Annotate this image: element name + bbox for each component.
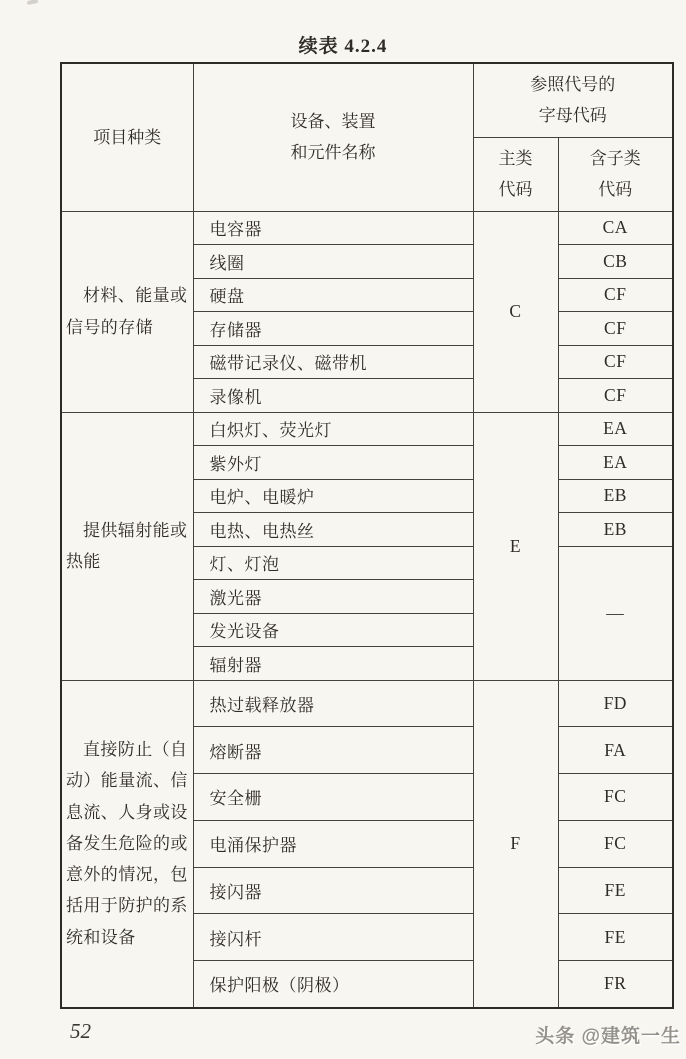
sub-code-cell: EA — [558, 412, 673, 446]
device-name-cell: 电炉、电暖炉 — [193, 479, 473, 513]
category-cell: 直接防止（自动）能量流、信息流、人身或设备发生危险的或意外的情况，包括用于防护的… — [61, 680, 193, 1008]
sub-code-cell: CF — [558, 312, 673, 346]
category-cell: 提供辐射能或热能 — [61, 412, 193, 680]
device-name-cell: 紫外灯 — [193, 446, 473, 480]
header-reference-line2: 字母代码 — [474, 100, 673, 131]
page-title: 续表 4.2.4 — [0, 31, 686, 58]
device-name-cell: 电涌保护器 — [193, 820, 473, 867]
reference-code-table: 项目种类 设备、装置 和元件名称 参照代号的 字母代码 主类 代码 含子类 代码 — [60, 62, 674, 1009]
device-name-cell: 熔断器 — [193, 727, 473, 774]
header-main-line1: 主类 — [474, 143, 558, 174]
header-device-line1: 设备、装置 — [194, 106, 473, 137]
scan-artifact — [27, 0, 39, 5]
main-code-cell: E — [473, 412, 558, 680]
header-row-top: 项目种类 设备、装置 和元件名称 参照代号的 字母代码 — [61, 63, 673, 137]
device-name-cell: 白炽灯、荧光灯 — [193, 412, 473, 446]
category-text: 直接防止（自动）能量流、信息流、人身或设备发生危险的或意外的情况，包括用于防护的… — [66, 734, 189, 953]
table-row: 提供辐射能或热能 白炽灯、荧光灯 E EA — [61, 412, 673, 446]
sub-code-cell: CB — [558, 245, 673, 279]
device-name-cell: 安全栅 — [193, 774, 473, 821]
sub-code-cell: EB — [558, 513, 673, 547]
header-sub-line2: 代码 — [559, 174, 673, 205]
sub-code-cell: FA — [558, 727, 673, 774]
device-name-cell: 接闪杆 — [193, 914, 473, 961]
category-text: 提供辐射能或热能 — [66, 515, 189, 578]
main-code-cell: F — [473, 680, 558, 1008]
header-category: 项目种类 — [61, 63, 193, 211]
device-name-cell: 电热、电热丝 — [193, 513, 473, 547]
category-text: 材料、能量或信号的存储 — [66, 280, 189, 343]
category-cell: 材料、能量或信号的存储 — [61, 211, 193, 412]
watermark-text: 头条 @建筑一生 — [535, 1021, 681, 1048]
header-reference-code: 参照代号的 字母代码 — [473, 63, 673, 137]
sub-code-cell: FC — [558, 820, 673, 867]
header-device-line2: 和元件名称 — [194, 137, 473, 168]
sub-code-cell: CF — [558, 345, 673, 379]
table-row: 直接防止（自动）能量流、信息流、人身或设备发生危险的或意外的情况，包括用于防护的… — [61, 680, 673, 727]
header-reference-line1: 参照代号的 — [474, 69, 673, 100]
device-name-cell: 磁带记录仪、磁带机 — [193, 345, 473, 379]
header-device-name: 设备、装置 和元件名称 — [193, 63, 473, 211]
sub-code-cell: — — [558, 546, 673, 680]
device-name-cell: 电容器 — [193, 211, 473, 245]
header-sub-code: 含子类 代码 — [558, 137, 673, 211]
sub-code-cell: EA — [558, 446, 673, 480]
device-name-cell: 线圈 — [193, 245, 473, 279]
sub-code-cell: CF — [558, 278, 673, 312]
device-name-cell: 存储器 — [193, 312, 473, 346]
header-sub-line1: 含子类 — [559, 143, 673, 174]
device-name-cell: 硬盘 — [193, 278, 473, 312]
device-name-cell: 灯、灯泡 — [193, 546, 473, 580]
sub-code-cell: CA — [558, 211, 673, 245]
header-main-code: 主类 代码 — [473, 137, 558, 211]
main-code-cell: C — [473, 211, 558, 412]
device-name-cell: 辐射器 — [193, 647, 473, 681]
sub-code-cell: FD — [558, 680, 673, 727]
table-row: 材料、能量或信号的存储 电容器 C CA — [61, 211, 673, 245]
sub-code-cell: FE — [558, 867, 673, 914]
sub-code-cell: FR — [558, 961, 673, 1008]
header-main-line2: 代码 — [474, 174, 558, 205]
device-name-cell: 接闪器 — [193, 867, 473, 914]
device-name-cell: 热过载释放器 — [193, 680, 473, 727]
device-name-cell: 激光器 — [193, 580, 473, 614]
device-name-cell: 保护阳极（阴极） — [193, 961, 473, 1008]
sub-code-cell: CF — [558, 379, 673, 413]
page-number: 52 — [70, 1019, 91, 1044]
sub-code-cell: EB — [558, 479, 673, 513]
sub-code-cell: FE — [558, 914, 673, 961]
device-name-cell: 录像机 — [193, 379, 473, 413]
device-name-cell: 发光设备 — [193, 613, 473, 647]
sub-code-cell: FC — [558, 774, 673, 821]
